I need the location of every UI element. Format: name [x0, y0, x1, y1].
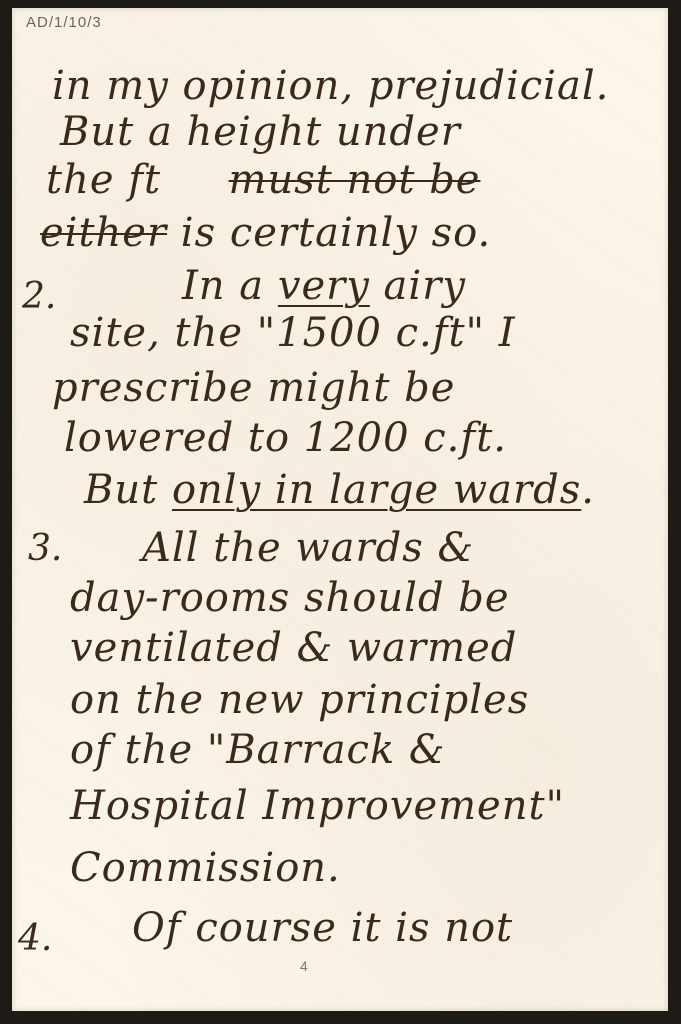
text-line-2: But a height under: [60, 112, 461, 152]
text-line-3: the ft must not be: [46, 160, 480, 200]
text-line-16: Commission.: [70, 848, 341, 888]
text-line-5: In a very airy: [182, 266, 466, 306]
line-9-suffix: .: [581, 467, 595, 513]
line-9-text: But: [84, 467, 172, 513]
line-3-text: the ft: [46, 157, 161, 203]
archive-reference: AD/1/10/3: [26, 14, 102, 31]
item-number-3: 3.: [28, 528, 62, 569]
line-5-text: In a: [182, 263, 278, 309]
text-line-13: on the new principles: [70, 680, 529, 720]
page-number: 4: [300, 958, 308, 974]
manuscript-page: AD/1/10/3 in my opinion, prejudicial. Bu…: [12, 8, 668, 1011]
underlined-text: very: [278, 263, 370, 309]
line-4-text: is certainly so.: [167, 210, 491, 256]
struck-text: either: [40, 210, 167, 256]
text-line-8: lowered to 1200 c.ft.: [64, 418, 507, 458]
text-line-9: But only in large wards.: [84, 470, 595, 510]
underlined-text: only in large wards: [172, 467, 581, 513]
text-line-7: prescribe might be: [52, 368, 455, 408]
text-line-6: site, the "1500 c.ft" I: [70, 313, 516, 353]
text-line-12: ventilated & warmed: [70, 628, 517, 668]
line-5-suffix: airy: [370, 263, 466, 309]
text-line-11: day-rooms should be: [70, 578, 510, 618]
struck-text: must not be: [229, 157, 481, 203]
text-line-17: Of course it is not: [132, 908, 513, 948]
text-line-10: All the wards &: [142, 528, 474, 568]
text-line-15: Hospital Improvement": [70, 786, 565, 826]
text-line-4: either is certainly so.: [40, 213, 491, 253]
text-line-1: in my opinion, prejudicial.: [52, 66, 609, 106]
item-number-2: 2.: [22, 276, 56, 317]
text-line-14: of the "Barrack &: [70, 730, 446, 770]
item-number-4: 4.: [18, 918, 52, 959]
